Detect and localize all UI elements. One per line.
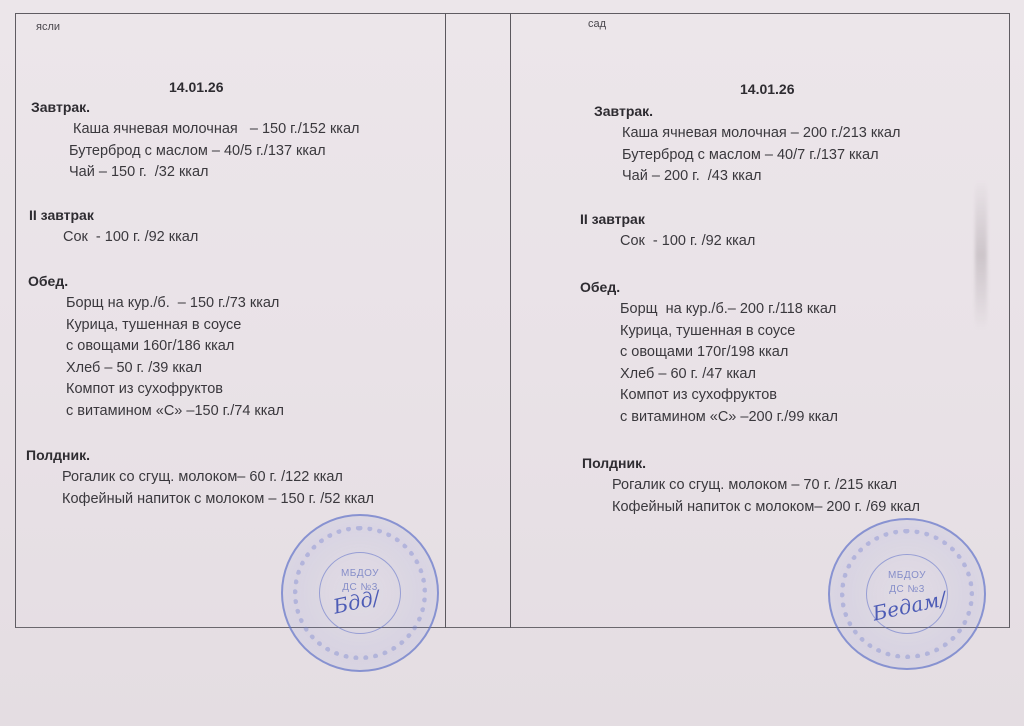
menu-item: Борщ на кур./б.– 200 г./118 ккал xyxy=(620,299,838,321)
menu-item: с овощами 170г/198 ккал xyxy=(620,342,838,364)
menu-item: Чай – 200 г. /43 ккал xyxy=(622,166,900,188)
section-title: II завтрак xyxy=(580,209,755,229)
menu-item: Кофейный напиток с молоком – 150 г. /52 … xyxy=(62,489,374,511)
menu-item: Борщ на кур./б. – 150 г./73 ккал xyxy=(66,293,284,315)
column-divider-left xyxy=(445,13,446,628)
official-stamp-left: МБДОУ ДС №3 Бдд/ xyxy=(281,514,439,672)
section-afternoon-snack: Полдник. Рогалик со сгущ. молоком – 70 г… xyxy=(582,453,920,518)
menu-date: 14.01.26 xyxy=(169,79,224,95)
menu-item: Курица, тушенная в соусе xyxy=(66,315,284,337)
group-label: сад xyxy=(588,18,606,30)
menu-item: с витамином «С» –200 г./99 ккал xyxy=(620,407,838,429)
section-afternoon-snack: Полдник. Рогалик со сгущ. молоком– 60 г.… xyxy=(26,445,374,510)
menu-item: Сок - 100 г. /92 ккал xyxy=(63,227,198,249)
section-breakfast: Завтрак. Каша ячневая молочная – 150 г./… xyxy=(31,97,360,184)
menu-item: Курица, тушенная в соусе xyxy=(620,321,838,343)
section-title: II завтрак xyxy=(29,205,198,225)
section-lunch: Обед. Борщ на кур./б.– 200 г./118 ккал К… xyxy=(580,277,838,428)
menu-date: 14.01.26 xyxy=(740,81,795,97)
menu-item: Рогалик со сгущ. молоком – 70 г. /215 кк… xyxy=(612,475,920,497)
menu-item: Бутерброд с маслом – 40/7 г./137 ккал xyxy=(622,145,900,167)
menu-item: Компот из сухофруктов xyxy=(620,385,838,407)
menu-item: с овощами 160г/186 ккал xyxy=(66,336,284,358)
group-label: ясли xyxy=(36,21,60,33)
official-stamp-right: МБДОУ ДС №3 Бедам/ xyxy=(828,518,986,670)
menu-item: Рогалик со сгущ. молоком– 60 г. /122 кка… xyxy=(62,467,374,489)
section-second-breakfast: II завтрак Сок - 100 г. /92 ккал xyxy=(29,205,198,249)
section-second-breakfast: II завтрак Сок - 100 г. /92 ккал xyxy=(580,209,755,253)
stamp-org: МБДОУ xyxy=(283,568,437,579)
stamp-org: МБДОУ xyxy=(830,570,984,581)
section-title: Полдник. xyxy=(582,453,920,473)
menu-item: Каша ячневая молочная – 150 г./152 ккал xyxy=(73,119,360,141)
menu-item: с витамином «С» –150 г./74 ккал xyxy=(66,401,284,423)
menu-item: Хлеб – 50 г. /39 ккал xyxy=(66,358,284,380)
section-title: Завтрак. xyxy=(594,101,900,121)
menu-item: Чай – 150 г. /32 ккал xyxy=(69,162,360,184)
column-divider-right xyxy=(510,13,511,628)
menu-item: Каша ячневая молочная – 200 г./213 ккал xyxy=(622,123,900,145)
section-title: Обед. xyxy=(28,271,284,291)
menu-item: Кофейный напиток с молоком– 200 г. /69 к… xyxy=(612,497,920,519)
section-title: Полдник. xyxy=(26,445,374,465)
menu-item: Хлеб – 60 г. /47 ккал xyxy=(620,364,838,386)
section-breakfast: Завтрак. Каша ячневая молочная – 200 г./… xyxy=(594,101,900,188)
menu-item: Сок - 100 г. /92 ккал xyxy=(620,231,755,253)
section-title: Завтрак. xyxy=(31,97,360,117)
section-title: Обед. xyxy=(580,277,838,297)
menu-item: Бутерброд с маслом – 40/5 г./137 ккал xyxy=(69,141,360,163)
menu-item: Компот из сухофруктов xyxy=(66,379,284,401)
section-lunch: Обед. Борщ на кур./б. – 150 г./73 ккал К… xyxy=(28,271,284,422)
